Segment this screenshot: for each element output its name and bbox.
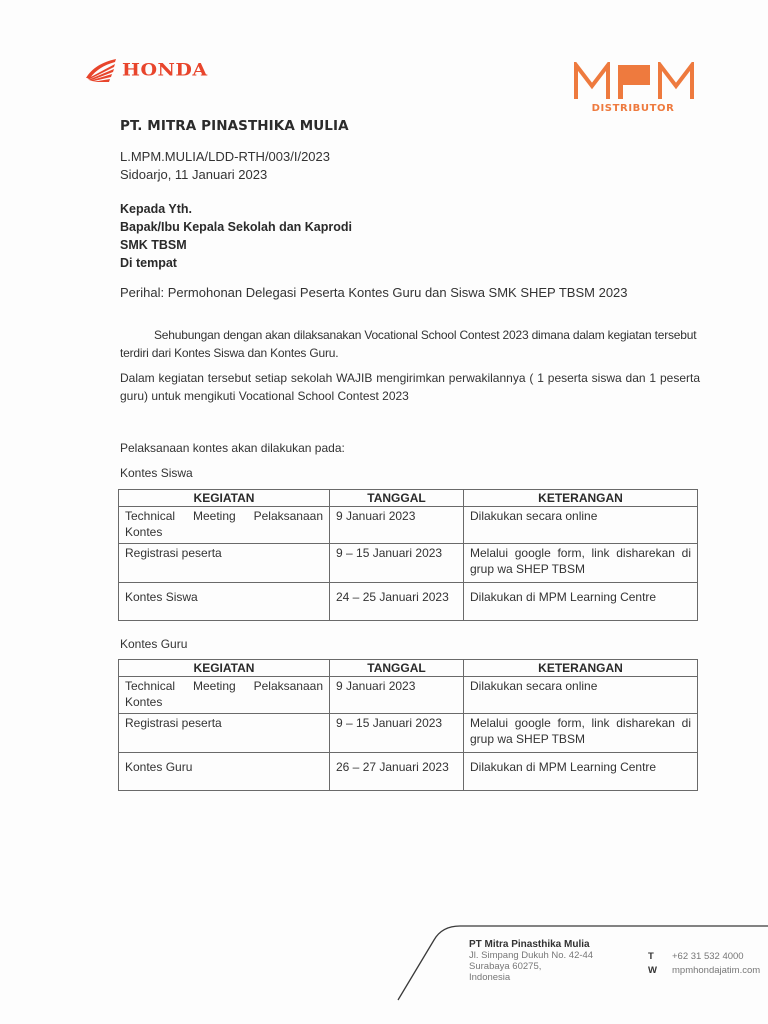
- mpm-logo: DISTRIBUTOR: [578, 62, 688, 114]
- footer-phone-row: T +62 31 532 4000: [648, 950, 760, 964]
- cell-keterangan: Dilakukan secara online: [464, 677, 698, 714]
- company-name: PT. MITRA PINASTHIKA MULIA: [120, 118, 349, 134]
- cell-tanggal: 9 Januari 2023: [330, 507, 464, 544]
- footer-web-row: W mpmhondajatim.com: [648, 964, 760, 978]
- letter-page: HONDA DISTRIBUTOR PT. MITRA PINASTHIKA M…: [0, 0, 768, 1024]
- recipient-line: SMK TBSM: [120, 236, 352, 254]
- cell-kegiatan: Kontes Siswa: [119, 583, 330, 621]
- honda-wordmark: HONDA: [122, 60, 208, 80]
- cell-kegiatan: Registrasi peserta: [119, 544, 330, 583]
- table-row: Kontes Guru 26 – 27 Januari 2023 Dilakuk…: [119, 753, 698, 791]
- cell-tanggal: 9 Januari 2023: [330, 677, 464, 714]
- table-header-row: KEGIATAN TANGGAL KETERANGAN: [119, 490, 698, 507]
- footer-address-line: Jl. Simpang Dukuh No. 42-44: [469, 950, 593, 961]
- paragraph-intro: Sehubungan dengan akan dilaksanakan Voca…: [120, 326, 700, 362]
- footer-company-name: PT Mitra Pinasthika Mulia: [469, 939, 593, 950]
- table-row: Technical Meeting Pelaksanaan Kontes 9 J…: [119, 507, 698, 544]
- paragraph-requirement: Dalam kegiatan tersebut setiap sekolah W…: [120, 369, 700, 405]
- table-row: Technical Meeting Pelaksanaan Kontes 9 J…: [119, 677, 698, 714]
- phone-label: T: [648, 950, 672, 964]
- place-date: Sidoarjo, 11 Januari 2023: [120, 166, 267, 184]
- reference-number: L.MPM.MULIA/LDD-RTH/003/I/2023: [120, 148, 330, 166]
- recipient-line: Kepada Yth.: [120, 200, 352, 218]
- footer-address-line: Surabaya 60275,: [469, 961, 593, 972]
- column-header-kegiatan: KEGIATAN: [119, 490, 330, 507]
- table-row: Registrasi peserta 9 – 15 Januari 2023 M…: [119, 714, 698, 753]
- website: mpmhondajatim.com: [672, 964, 760, 978]
- cell-keterangan: Melalui google form, link disharekan di …: [464, 714, 698, 753]
- cell-kegiatan: Kontes Guru: [119, 753, 330, 791]
- section-title-siswa: Kontes Siswa: [120, 464, 193, 482]
- cell-tanggal: 24 – 25 Januari 2023: [330, 583, 464, 621]
- mpm-distributor-label: DISTRIBUTOR: [578, 103, 688, 114]
- paragraph-intro-text: Sehubungan dengan akan dilaksanakan Voca…: [120, 328, 696, 360]
- honda-logo: HONDA: [84, 58, 208, 82]
- web-label: W: [648, 964, 672, 978]
- cell-keterangan: Melalui google form, link disharekan di …: [464, 544, 698, 583]
- footer-contact: T +62 31 532 4000 W mpmhondajatim.com: [648, 950, 760, 978]
- honda-wing-icon: [84, 58, 118, 82]
- cell-kegiatan: Technical Meeting Pelaksanaan Kontes: [119, 507, 330, 544]
- column-header-keterangan: KETERANGAN: [464, 490, 698, 507]
- recipient-line: Di tempat: [120, 254, 352, 272]
- cell-keterangan: Dilakukan di MPM Learning Centre: [464, 583, 698, 621]
- footer-address: PT Mitra Pinasthika Mulia Jl. Simpang Du…: [469, 939, 593, 983]
- cell-tanggal: 9 – 15 Januari 2023: [330, 714, 464, 753]
- table-row: Registrasi peserta 9 – 15 Januari 2023 M…: [119, 544, 698, 583]
- schedule-intro: Pelaksanaan kontes akan dilakukan pada:: [120, 439, 345, 457]
- cell-keterangan: Dilakukan di MPM Learning Centre: [464, 753, 698, 791]
- column-header-tanggal: TANGGAL: [330, 660, 464, 677]
- table-header-row: KEGIATAN TANGGAL KETERANGAN: [119, 660, 698, 677]
- mpm-mark-icon: [572, 62, 696, 100]
- footer-address-line: Indonesia: [469, 972, 593, 983]
- column-header-keterangan: KETERANGAN: [464, 660, 698, 677]
- cell-tanggal: 9 – 15 Januari 2023: [330, 544, 464, 583]
- cell-keterangan: Dilakukan secara online: [464, 507, 698, 544]
- table-row: Kontes Siswa 24 – 25 Januari 2023 Dilaku…: [119, 583, 698, 621]
- schedule-table-siswa: KEGIATAN TANGGAL KETERANGAN Technical Me…: [118, 489, 698, 621]
- cell-tanggal: 26 – 27 Januari 2023: [330, 753, 464, 791]
- column-header-tanggal: TANGGAL: [330, 490, 464, 507]
- recipient-block: Kepada Yth. Bapak/Ibu Kepala Sekolah dan…: [120, 200, 352, 272]
- cell-kegiatan: Technical Meeting Pelaksanaan Kontes: [119, 677, 330, 714]
- cell-kegiatan: Registrasi peserta: [119, 714, 330, 753]
- phone-number: +62 31 532 4000: [672, 950, 744, 964]
- column-header-kegiatan: KEGIATAN: [119, 660, 330, 677]
- schedule-table-guru: KEGIATAN TANGGAL KETERANGAN Technical Me…: [118, 659, 698, 791]
- recipient-line: Bapak/Ibu Kepala Sekolah dan Kaprodi: [120, 218, 352, 236]
- subject-line: Perihal: Permohonan Delegasi Peserta Kon…: [120, 284, 628, 302]
- section-title-guru: Kontes Guru: [120, 635, 187, 653]
